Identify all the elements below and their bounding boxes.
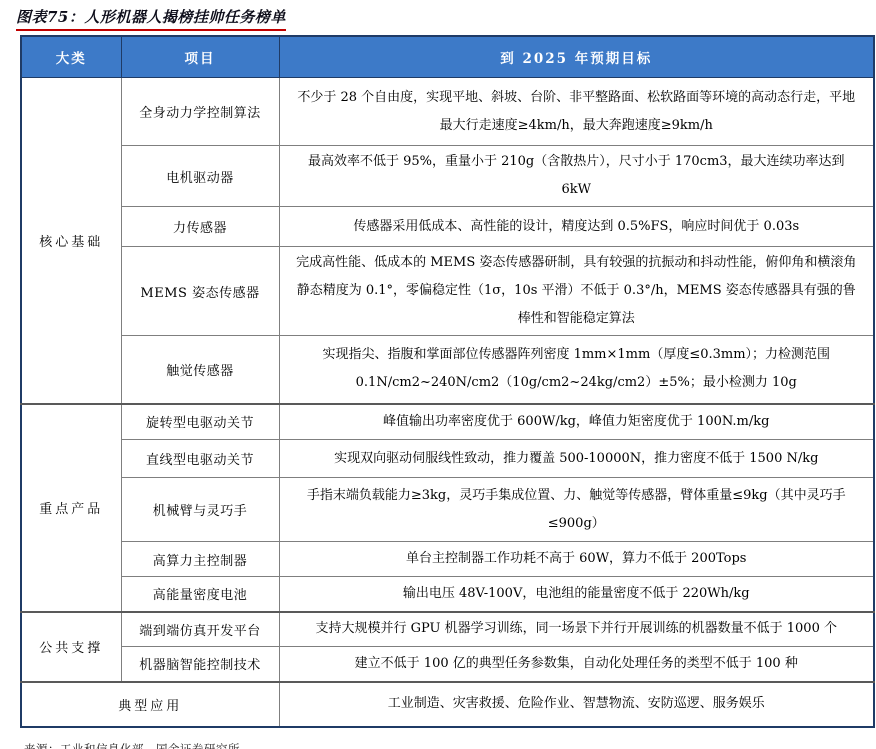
goal-cell: 支持大规模并行 GPU 机器学习训练，同一场景下并行开展训练的机器数量不低于 1…	[279, 612, 874, 647]
table-row: 机械臂与灵巧手 手指末端负载能力≥3kg，灵巧手集成位置、力、触觉等传感器，臂体…	[21, 478, 874, 542]
table-row: 电机驱动器 最高效率不低于 95%，重量小于 210g（含散热片），尺寸小于 1…	[21, 146, 874, 207]
table-row: 公共支撑 端到端仿真开发平台 支持大规模并行 GPU 机器学习训练，同一场景下并…	[21, 612, 874, 647]
project-cell: 机器脑智能控制技术	[121, 647, 279, 682]
table-row: 触觉传感器 实现指尖、指腹和掌面部位传感器阵列密度 1mm×1mm（厚度≤0.3…	[21, 336, 874, 404]
table-row: 直线型电驱动关节 实现双向驱动伺服线性致动，推力覆盖 500-10000N，推力…	[21, 440, 874, 478]
project-cell: 端到端仿真开发平台	[121, 612, 279, 647]
header-row: 大类 项目 到 2025 年预期目标	[21, 36, 874, 78]
table-row: 高能量密度电池 输出电压 48V-100V，电池组的能量密度不低于 220Wh/…	[21, 577, 874, 612]
page: 图表75：人形机器人揭榜挂帅任务榜单 大类 项目 到 2025 年预期目标 核心…	[0, 0, 876, 749]
project-cell: 直线型电驱动关节	[121, 440, 279, 478]
goal-cell: 单台主控制器工作功耗不高于 60W，算力不低于 200Tops	[279, 542, 874, 577]
table-row: 核心基础 全身动力学控制算法 不少于 28 个自由度，实现平地、斜坡、台阶、非平…	[21, 78, 874, 146]
project-cell: 全身动力学控制算法	[121, 78, 279, 146]
goal-cell: 输出电压 48V-100V，电池组的能量密度不低于 220Wh/kg	[279, 577, 874, 612]
goal-cell: 传感器采用低成本、高性能的设计，精度达到 0.5%FS，响应时间优于 0.03s	[279, 207, 874, 247]
project-cell: MEMS 姿态传感器	[121, 247, 279, 336]
category-cell: 重点产品	[21, 404, 121, 612]
goal-cell: 不少于 28 个自由度，实现平地、斜坡、台阶、非平整路面、松软路面等环境的高动态…	[279, 78, 874, 146]
table-row-typical-applications: 典型应用 工业制造、灾害救援、危险作业、智慧物流、安防巡逻、服务娱乐	[21, 682, 874, 727]
goal-cell: 手指末端负载能力≥3kg，灵巧手集成位置、力、触觉等传感器，臂体重量≤9kg（其…	[279, 478, 874, 542]
table-row: 力传感器 传感器采用低成本、高性能的设计，精度达到 0.5%FS，响应时间优于 …	[21, 207, 874, 247]
category-cell: 公共支撑	[21, 612, 121, 682]
category-cell: 核心基础	[21, 78, 121, 404]
table-row: MEMS 姿态传感器 完成高性能、低成本的 MEMS 姿态传感器研制，具有较强的…	[21, 247, 874, 336]
goal-cell: 峰值输出功率密度优于 600W/kg，峰值力矩密度优于 100N.m/kg	[279, 404, 874, 440]
task-table: 大类 项目 到 2025 年预期目标 核心基础 全身动力学控制算法 不少于 28…	[20, 35, 875, 728]
project-cell: 力传感器	[121, 207, 279, 247]
goal-cell: 实现指尖、指腹和掌面部位传感器阵列密度 1mm×1mm（厚度≤0.3mm）；力检…	[279, 336, 874, 404]
header-goal: 到 2025 年预期目标	[279, 36, 874, 78]
goal-cell: 建立不低于 100 亿的典型任务参数集，自动化处理任务的类型不低于 100 种	[279, 647, 874, 682]
project-cell: 机械臂与灵巧手	[121, 478, 279, 542]
project-cell: 高算力主控制器	[121, 542, 279, 577]
project-cell: 电机驱动器	[121, 146, 279, 207]
project-cell: 旋转型电驱动关节	[121, 404, 279, 440]
header-project: 项目	[121, 36, 279, 78]
project-cell: 触觉传感器	[121, 336, 279, 404]
goal-cell: 完成高性能、低成本的 MEMS 姿态传感器研制，具有较强的抗振动和抖动性能，俯仰…	[279, 247, 874, 336]
table-row: 重点产品 旋转型电驱动关节 峰值输出功率密度优于 600W/kg，峰值力矩密度优…	[21, 404, 874, 440]
goal-cell: 最高效率不低于 95%，重量小于 210g（含散热片），尺寸小于 170cm3，…	[279, 146, 874, 207]
header-category: 大类	[21, 36, 121, 78]
table-row: 机器脑智能控制技术 建立不低于 100 亿的典型任务参数集，自动化处理任务的类型…	[21, 647, 874, 682]
typical-applications-label: 典型应用	[21, 682, 279, 727]
figure-title: 图表75：人形机器人揭榜挂帅任务榜单	[16, 6, 286, 31]
project-cell: 高能量密度电池	[121, 577, 279, 612]
goal-cell: 实现双向驱动伺服线性致动，推力覆盖 500-10000N，推力密度不低于 150…	[279, 440, 874, 478]
table-row: 高算力主控制器 单台主控制器工作功耗不高于 60W，算力不低于 200Tops	[21, 542, 874, 577]
source-note: 来源：工业和信息化部、国金证券研究所	[24, 741, 876, 749]
typical-applications-value: 工业制造、灾害救援、危险作业、智慧物流、安防巡逻、服务娱乐	[279, 682, 874, 727]
